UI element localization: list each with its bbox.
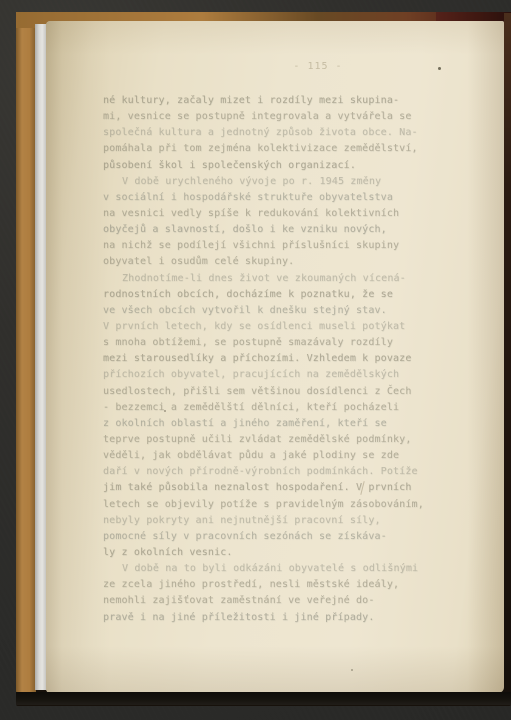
text-line: s mnoha obtížemi, se postupně smazávaly … <box>103 335 415 351</box>
text-line: nebyly pokryty ani nejnutnější pracovní … <box>103 513 415 529</box>
text-line: příchozích obyvatel, pracujících na země… <box>103 367 415 383</box>
book-page: - 115 - né kultury, začaly mizet i rozdí… <box>46 21 504 693</box>
text-line: ze zcela jiného prostředí, nesli městské… <box>103 577 415 593</box>
text-line: daří v nových přírodně-výrobních podmínk… <box>103 464 415 480</box>
text-line: V době urychleného vývoje po r. 1945 změ… <box>103 174 415 190</box>
text-line: v sociální i hospodářské struktuře obyva… <box>103 190 415 206</box>
text-line: V prvních letech, kdy se osídlenci musel… <box>103 319 415 335</box>
ink-speck <box>351 669 353 671</box>
text-line: jim také působila neznalost hospodaření.… <box>103 480 415 496</box>
text-line: pomocné síly v pracovních sezónách se zí… <box>103 529 415 545</box>
text-line: obyvatel i osudům celé skupiny. <box>103 254 415 270</box>
book-bottom-shadow-band <box>16 692 511 705</box>
text-line: nemohli zajišťovat zaměstnání ve veřejné… <box>103 593 415 609</box>
text-line: V době na to byli odkázáni obyvatelé s o… <box>103 561 415 577</box>
text-line: ly z okolních vesnic. <box>103 545 415 561</box>
text-line: Zhodnotíme-li dnes život ve zkoumaných v… <box>103 271 415 287</box>
ink-speck <box>438 67 441 70</box>
text-line: pomáhala při tom zejména kolektivizace z… <box>103 141 415 157</box>
ink-speck <box>164 410 166 412</box>
text-line: mezi starousedlíky a příchozími. Vzhlede… <box>103 351 415 367</box>
text-line: letech se objevily potíže s pravidelným … <box>103 497 415 513</box>
text-line: rodnostních obcích, docházíme k poznatku… <box>103 287 415 303</box>
text-line: teprve postupně učili zvládat zemědělské… <box>103 432 415 448</box>
text-block: né kultury, začaly mizet i rozdíly mezi … <box>103 93 415 626</box>
text-line: mi, vesnice se postupně integrovala a vy… <box>103 109 415 125</box>
text-line: usedlostech, přišli sem většinou dosídle… <box>103 384 415 400</box>
text-line: né kultury, začaly mizet i rozdíly mezi … <box>103 93 415 109</box>
text-line: pravě i na jiné příležitosti i jiné příp… <box>103 610 415 626</box>
text-line: ve všech obcích vytvořil k dnešku stejný… <box>103 303 415 319</box>
photo-backdrop: - 115 - né kultury, začaly mizet i rozdí… <box>0 0 511 720</box>
text-line: společná kultura a jednotný způsob život… <box>103 125 415 141</box>
book-cover-left-edge <box>16 12 36 704</box>
text-line: působení škol i společenských organizací… <box>103 158 415 174</box>
text-line: obyčejů a slavností, došlo i ke vzniku n… <box>103 222 415 238</box>
text-line: - bezzemci a zemědělští dělníci, kteří p… <box>103 400 415 416</box>
text-line: z okolních oblastí a jiného zaměření, kt… <box>103 416 415 432</box>
text-line: na nichž se podílejí všichni příslušníci… <box>103 238 415 254</box>
text-line: věděli, jak obdělávat půdu a jaké plodin… <box>103 448 415 464</box>
page-number: - 115 - <box>258 61 378 72</box>
book-cover-right-shadow-edge <box>504 13 511 705</box>
text-line: na vesnici vedly spíše k redukování kole… <box>103 206 415 222</box>
